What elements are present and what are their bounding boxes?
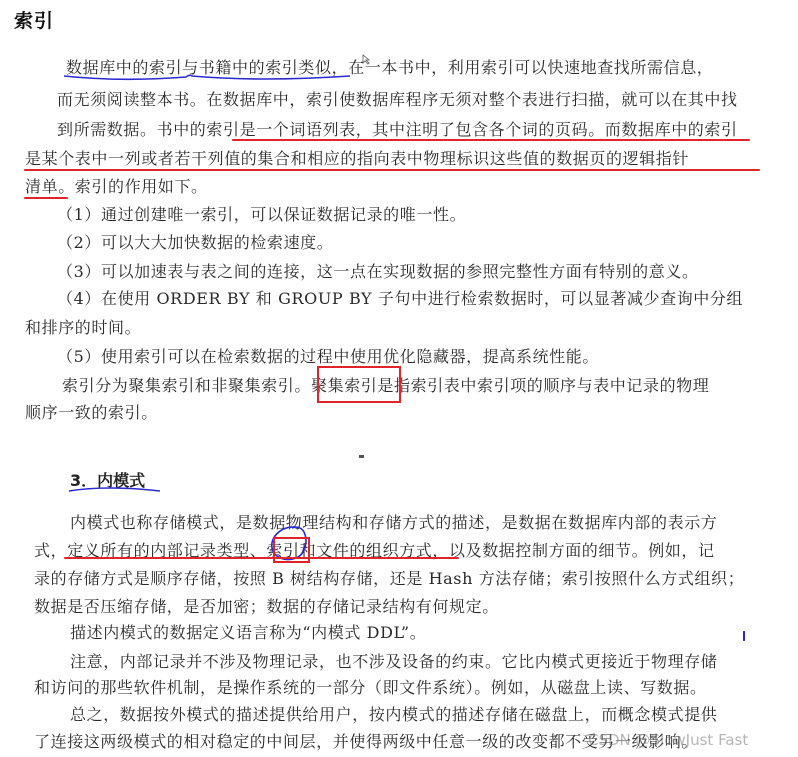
- red-highlight-box: [317, 366, 401, 403]
- margin-mark: [743, 631, 745, 641]
- blue-underline-annotation: [66, 483, 166, 495]
- paragraph-line: 而无须阅读整本书。在数据库中，索引使数据库程序无须对整个表进行扫描，就可以在其中…: [57, 90, 738, 110]
- list-item: （4）在使用 ORDER BY 和 GROUP BY 子句中进行检索数据时，可以…: [57, 289, 743, 309]
- section-line: 注意，内部记录并不涉及物理记录，也不涉及设备的约束。它比内模式更接近于物理存储: [70, 652, 717, 672]
- list-item: 和排序的时间。: [25, 318, 141, 338]
- red-underline-annotation: [24, 169, 760, 171]
- section-line: 总之，数据按外模式的描述提供给用户，按内模式的描述存储在磁盘上，而概念模式提供: [70, 705, 717, 725]
- watermark: CSDN @SlowJust Fast: [588, 731, 748, 749]
- page-heading: 索引: [14, 6, 54, 33]
- section-line: 描述内模式的数据定义语言称为“内模式 DDL”。: [70, 623, 426, 643]
- list-item: （1）通过创建唯一索引，可以保证数据记录的唯一性。: [57, 205, 466, 225]
- blue-underline-annotation: [60, 70, 360, 84]
- list-item: （3）可以加速表与表之间的连接，这一点在实现数据的参照完整性方面有特别的意义。: [57, 262, 699, 282]
- paragraph-line: 到所需数据。书中的索引是一个词语列表，其中注明了包含各个词的页码。而数据库中的索…: [57, 120, 738, 140]
- red-underline-annotation: [24, 197, 68, 199]
- red-underline-annotation: [232, 139, 750, 141]
- paragraph-line: 顺序一致的索引。: [25, 403, 158, 423]
- section-line: 录的存储方式是顺序存储，按照 B 树结构存储，还是 Hash 方法存储；索引按照…: [34, 569, 744, 589]
- paragraph-line: 清单。索引的作用如下。: [25, 177, 208, 197]
- list-item: （5）使用索引可以在检索数据的过程中使用优化隐藏器，提高系统性能。: [57, 347, 599, 367]
- paragraph-line: 是某个表中一列或者若干列值的集合和相应的指向表中物理标识这些值的数据页的逻辑指针: [25, 149, 689, 169]
- section-line: 和访问的那些软件机制，是操作系统的一部分（即文件系统）。例如，从磁盘上读、写数据…: [34, 678, 707, 698]
- list-item: （2）可以大大加快数据的检索速度。: [57, 233, 333, 253]
- red-underline-annotation: [64, 557, 459, 559]
- section-line: 内模式也称存储模式，是数据物理结构和存储方式的描述，是数据在数据库内部的表示方: [70, 513, 717, 533]
- cursor-icon: [362, 54, 372, 66]
- section-line: 数据是否压缩存储，是否加密；数据的存储记录结构有何规定。: [34, 597, 499, 617]
- red-highlight-box: [273, 537, 310, 563]
- margin-mark: [359, 455, 364, 458]
